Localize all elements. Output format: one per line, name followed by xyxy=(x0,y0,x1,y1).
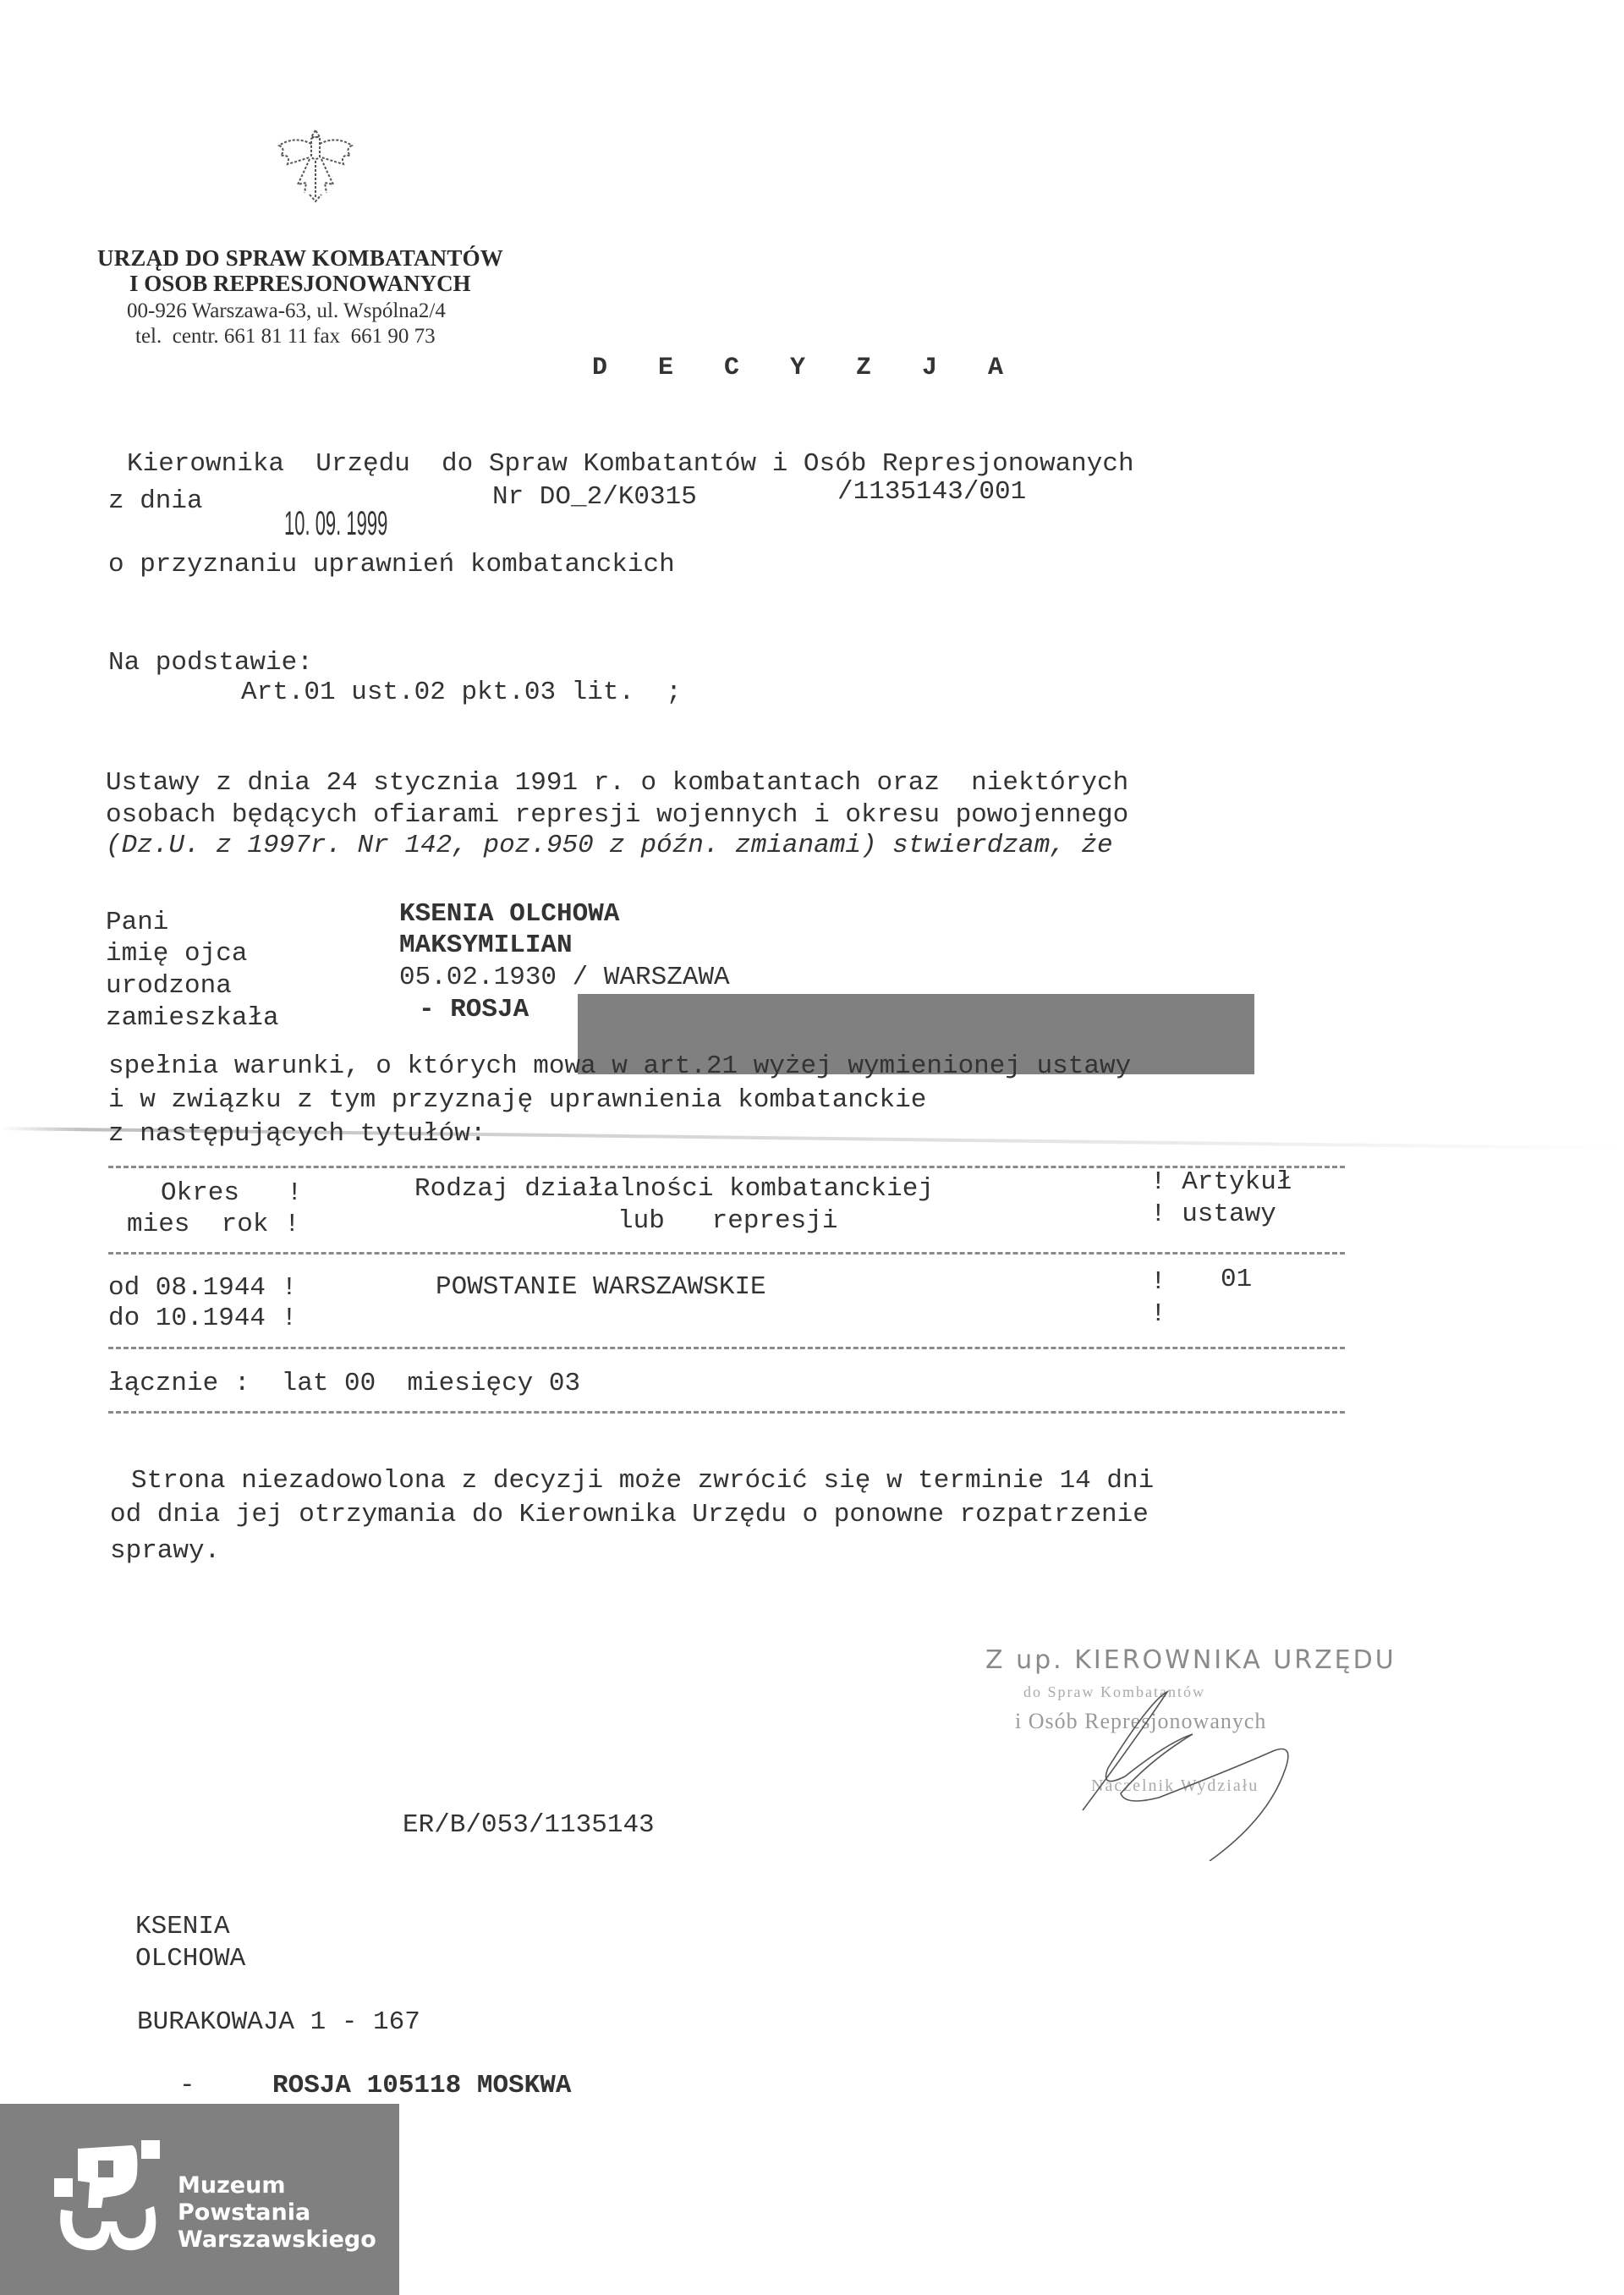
law-line-1: Ustawy z dnia 24 stycznia 1991 r. o komb… xyxy=(106,770,1128,796)
table-rule-header xyxy=(108,1252,1345,1255)
recipient-street: BURAKOWAJA 1 - 167 xyxy=(137,2009,420,2035)
basis-article: Art.01 ust.02 pkt.03 lit. ; xyxy=(241,679,682,706)
appeal-line-2: od dnia jej otrzymania do Kierownika Urz… xyxy=(110,1502,1149,1528)
law-line-3: (Dz.U. z 1997r. Nr 142, poz.950 z późn. … xyxy=(106,832,1113,859)
polish-eagle-emblem-icon xyxy=(269,124,362,208)
header-period-2: mies rok ! xyxy=(127,1211,300,1238)
grant-line-2: i w związku z tym przyznaję uprawnienia … xyxy=(108,1087,926,1113)
date-label: z dnia xyxy=(108,488,203,514)
header-article-2: ! ustawy xyxy=(1150,1201,1276,1227)
handwritten-signature-icon xyxy=(981,1641,1421,1861)
document-number-suffix: /1135143/001 xyxy=(837,479,1026,505)
kotwica-anchor-logo-icon xyxy=(54,2140,164,2254)
header-period-1: Okres ! xyxy=(161,1180,302,1206)
field-label-residence: zamieszkała xyxy=(106,1005,279,1031)
row-article: 01 xyxy=(1221,1266,1252,1293)
issuer-line: Kierownika Urzędu do Spraw Kombatantów i… xyxy=(127,451,1134,477)
institution-name-line1: URZĄD DO SPRAW KOMBATANTÓW xyxy=(97,245,503,272)
museum-name-line1: Muzeum xyxy=(178,2172,376,2199)
header-activity-1: Rodzaj działalności kombatanckiej xyxy=(414,1176,934,1202)
row-article-sep-2: ! xyxy=(1150,1301,1166,1327)
law-line-2: osobach będących ofiarami represji wojen… xyxy=(106,802,1128,828)
recipient-dash: - xyxy=(179,2073,195,2099)
header-activity-2: lub represji xyxy=(617,1208,837,1234)
row-activity: POWSTANIE WARSZAWSKIE xyxy=(436,1274,766,1300)
field-value-name: KSENIA OLCHOWA xyxy=(399,901,619,927)
row-article-sep-1: ! xyxy=(1150,1269,1166,1295)
document-title: D E C Y Z J A xyxy=(592,355,1021,381)
table-total: łącznie : lat 00 miesięcy 03 xyxy=(108,1370,580,1397)
institution-contact: tel. centr. 661 81 11 fax 661 90 73 xyxy=(135,325,436,349)
field-value-father: MAKSYMILIAN xyxy=(399,932,573,958)
field-label-pani: Pani xyxy=(106,909,168,936)
appeal-line-3: sprawy. xyxy=(110,1538,220,1564)
museum-name-line2: Powstania xyxy=(178,2199,376,2226)
table-rule-body xyxy=(108,1347,1345,1349)
recipient-first-name: KSENIA xyxy=(135,1913,230,1940)
museum-name-line3: Warszawskiego xyxy=(178,2226,376,2254)
institution-name-line2: I OSOB REPRESJONOWANYCH xyxy=(129,271,471,297)
recipient-last-name: OLCHOWA xyxy=(135,1946,245,1972)
header-article-1: ! Artykuł xyxy=(1150,1169,1292,1195)
grant-line-1: spełnia warunki, o których mowa w art.21… xyxy=(108,1053,1131,1079)
recipient-city: ROSJA 105118 MOSKWA xyxy=(272,2073,571,2099)
field-value-residence: - ROSJA xyxy=(419,997,529,1023)
grant-line-3: z następujących tytułów: xyxy=(108,1121,486,1147)
reference-number: ER/B/053/1135143 xyxy=(403,1812,655,1838)
basis-label: Na podstawie: xyxy=(108,650,313,676)
appeal-line-1: Strona niezadowolona z decyzji może zwró… xyxy=(131,1468,1154,1494)
row-period-to: do 10.1944 ! xyxy=(108,1305,297,1331)
field-label-father: imię ojca xyxy=(106,941,247,967)
document-subject: o przyznaniu uprawnień kombatanckich xyxy=(108,552,675,578)
row-period-from: od 08.1944 ! xyxy=(108,1275,297,1301)
museum-name: Muzeum Powstania Warszawskiego xyxy=(178,2172,376,2254)
field-label-born: urodzona xyxy=(106,973,232,999)
date-stamp: 10. 09. 1999 xyxy=(284,505,387,543)
institution-address: 00-926 Warszawa-63, ul. Wspólna2/4 xyxy=(127,299,446,323)
document-number: Nr DO_2/K0315 xyxy=(492,484,697,510)
table-rule-bottom xyxy=(108,1411,1345,1414)
field-value-born: 05.02.1930 / WARSZAWA xyxy=(399,964,730,991)
